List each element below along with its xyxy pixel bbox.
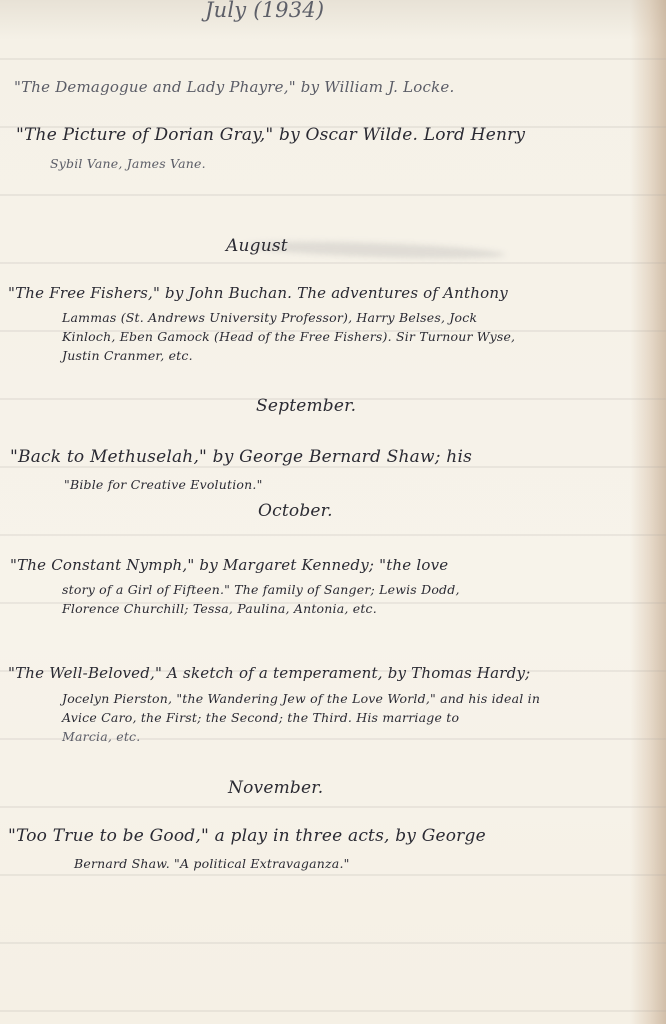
entry-free-fishers-line-1: "The Free Fishers," by John Buchan. The … [8,284,508,302]
month-heading-august: August [226,236,288,256]
entry-methuselah-line-1: "Back to Methuselah," by George Bernard … [10,447,472,467]
month-heading-november: November. [228,778,323,798]
entry-constant-nymph-line-3: Florence Churchill; Tessa, Paulina, Anto… [62,601,377,616]
entry-constant-nymph-line-2: story of a Girl of Fifteen." The family … [62,582,460,597]
entry-free-fishers-line-4: Justin Cranmer, etc. [62,348,193,363]
entry-well-beloved-line-1: "The Well-Beloved," A sketch of a temper… [8,664,530,682]
entry-well-beloved-line-4: Marcia, etc. [62,729,140,744]
entry-constant-nymph-line-1: "The Constant Nymph," by Margaret Kenned… [10,556,448,574]
entry-methuselah-line-2: "Bible for Creative Evolution." [64,477,263,492]
entry-dorian-gray-line-2: Sybil Vane, James Vane. [50,156,206,171]
entry-free-fishers-line-2: Lammas (St. Andrews University Professor… [62,310,477,325]
entry-well-beloved-line-2: Jocelyn Pierston, "the Wandering Jew of … [62,691,540,706]
month-heading-october: October. [258,501,333,521]
entry-demagogue-line-1: "The Demagogue and Lady Phayre," by Will… [14,78,454,96]
entry-free-fishers-line-3: Kinloch, Eben Gamock (Head of the Free F… [62,329,515,344]
entry-too-true-line-1: "Too True to be Good," a play in three a… [8,826,486,846]
entry-well-beloved-line-3: Avice Caro, the First; the Second; the T… [62,710,459,725]
month-heading-july: July (1934) [205,0,324,22]
entry-dorian-gray-line-1: "The Picture of Dorian Gray," by Oscar W… [16,125,525,145]
month-heading-september: September. [256,396,356,416]
notebook-page: July (1934) "The Demagogue and Lady Phay… [0,0,666,1024]
entry-too-true-line-2: Bernard Shaw. "A political Extravaganza.… [74,856,350,871]
